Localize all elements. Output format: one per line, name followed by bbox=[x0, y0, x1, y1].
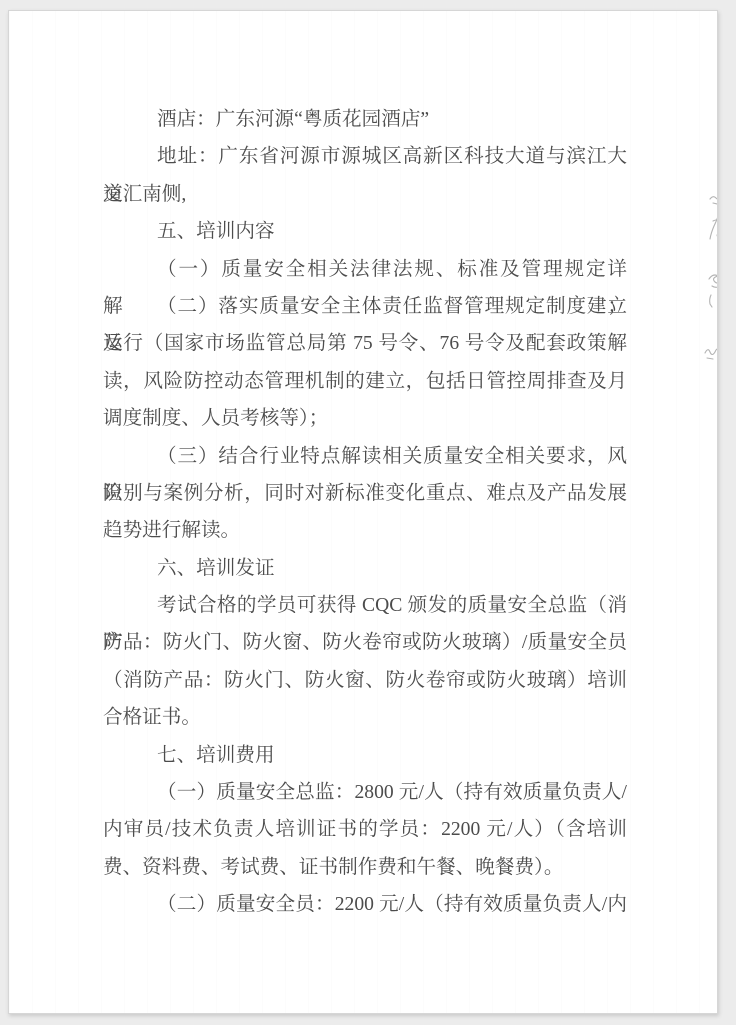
text-line: 调度制度、人员考核等）； bbox=[103, 400, 627, 437]
text-line: 地址：广东省河源市源城区高新区科技大道与滨江大道 bbox=[103, 138, 627, 175]
text-line: 合格证书。 bbox=[103, 699, 627, 736]
document-page: 酒店：广东河源“粤质花园酒店”地址：广东省河源市源城区高新区科技大道与滨江大道交… bbox=[8, 10, 718, 1014]
section-5-heading: 五、培训内容 bbox=[103, 213, 627, 250]
scan-background: 酒店：广东河源“粤质花园酒店”地址：广东省河源市源城区高新区科技大道与滨江大道交… bbox=[0, 0, 736, 1025]
text-line: 七、培训费用 bbox=[103, 737, 627, 774]
text-line: 识别与案例分析，同时对新标准变化重点、难点及产品发展 bbox=[103, 475, 627, 512]
text-line: （一）质量安全相关法律法规、标准及管理规定详解； bbox=[103, 251, 627, 288]
text-line: 考试合格的学员可获得 CQC 颁发的质量安全总监（消防 bbox=[103, 587, 627, 624]
text-line: 内审员/技术负责人培训证书的学员：2200 元/人）（含培训 bbox=[103, 811, 627, 848]
section-7-heading: 七、培训费用 bbox=[103, 737, 627, 774]
text-line: 费、资料费、考试费、证书制作费和午餐、晚餐费）。 bbox=[103, 849, 627, 886]
pen-scribbles-icon bbox=[693, 183, 718, 368]
section-5-item-2: （二）落实质量安全主体责任监督管理规定制度建立及运行（国家市场监管总局第 75 … bbox=[103, 288, 627, 438]
text-line: （一）质量安全总监：2800 元/人（持有效质量负责人/ bbox=[103, 774, 627, 811]
text-line: 六、培训发证 bbox=[103, 550, 627, 587]
text-line: 五、培训内容 bbox=[103, 213, 627, 250]
section-6-heading: 六、培训发证 bbox=[103, 550, 627, 587]
section-7-item-1: （一）质量安全总监：2800 元/人（持有效质量负责人/内审员/技术负责人培训证… bbox=[103, 774, 627, 886]
text-line: 酒店：广东河源“粤质花园酒店” bbox=[103, 101, 627, 138]
hotel-line: 酒店：广东河源“粤质花园酒店” bbox=[103, 101, 627, 138]
section-5-item-1: （一）质量安全相关法律法规、标准及管理规定详解； bbox=[103, 251, 627, 288]
section-6-body: 考试合格的学员可获得 CQC 颁发的质量安全总监（消防产品：防火门、防火窗、防火… bbox=[103, 587, 627, 737]
text-line: （三）结合行业特点解读相关质量安全相关要求，风险 bbox=[103, 438, 627, 475]
section-7-item-2: （二）质量安全员：2200 元/人（持有效质量负责人/内 bbox=[103, 886, 627, 923]
address-paragraph: 地址：广东省河源市源城区高新区科技大道与滨江大道交汇南侧, bbox=[103, 138, 627, 213]
text-line: （二）落实质量安全主体责任监督管理规定制度建立及 bbox=[103, 288, 627, 325]
text-line: 运行（国家市场监管总局第 75 号令、76 号令及配套政策解 bbox=[103, 325, 627, 362]
text-line: 趋势进行解读。 bbox=[103, 512, 627, 549]
text-line: 产品：防火门、防火窗、防火卷帘或防火玻璃）/质量安全员 bbox=[103, 624, 627, 661]
document-body: 酒店：广东河源“粤质花园酒店”地址：广东省河源市源城区高新区科技大道与滨江大道交… bbox=[103, 101, 627, 924]
text-line: 读，风险防控动态管理机制的建立，包括日管控周排查及月 bbox=[103, 363, 627, 400]
text-line: （二）质量安全员：2200 元/人（持有效质量负责人/内 bbox=[103, 886, 627, 923]
text-line: 交汇南侧, bbox=[103, 176, 627, 213]
text-line: （消防产品：防火门、防火窗、防火卷帘或防火玻璃）培训 bbox=[103, 662, 627, 699]
section-5-item-3: （三）结合行业特点解读相关质量安全相关要求，风险识别与案例分析，同时对新标准变化… bbox=[103, 438, 627, 550]
